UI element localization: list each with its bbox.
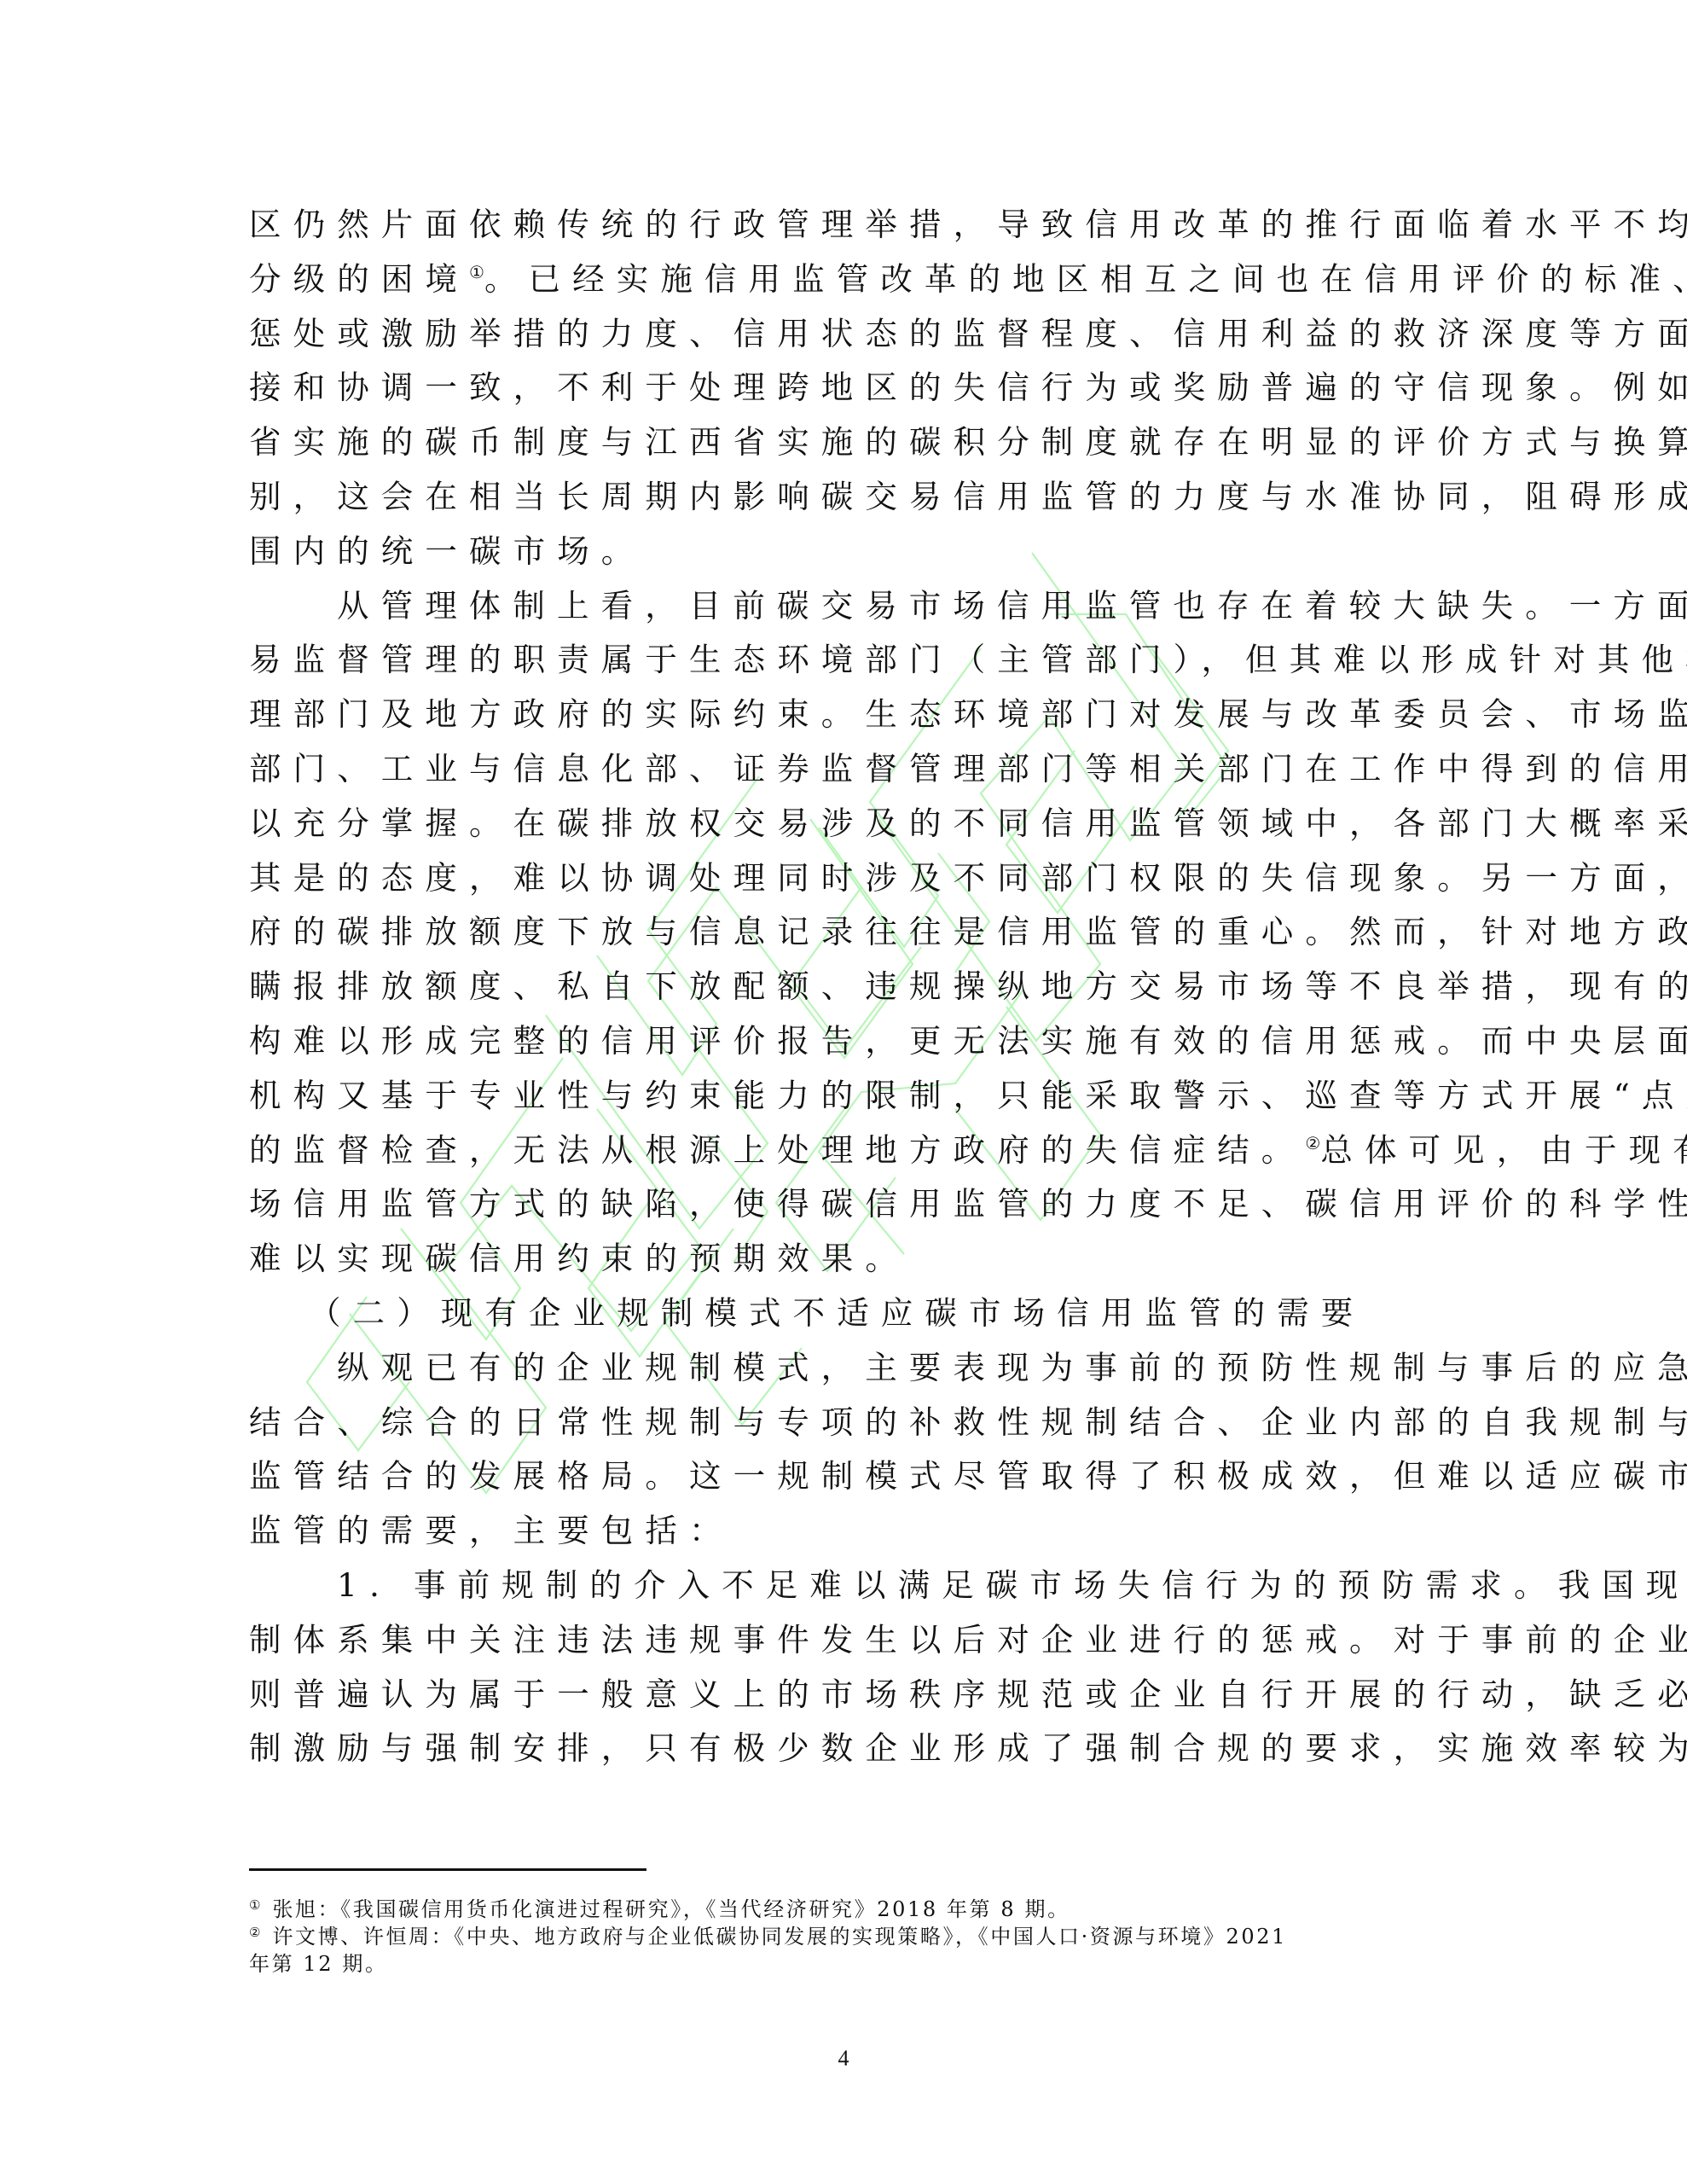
text-line: 构难以形成完整的信用评价报告，更无法实施有效的信用惩戒。而中央层面的管理: [249, 1014, 1438, 1069]
text-line: 场信用监管方式的缺陷，使得碳信用监管的力度不足、碳信用评价的科学性不高，: [249, 1177, 1438, 1232]
paragraph-regulation-models: 纵观已有的企业规制模式，主要表现为事前的预防性规制与事后的应急性规制 结合、综合…: [249, 1341, 1438, 1559]
text-line: 易监督管理的职责属于生态环境部门（主管部门），但其难以形成针对其他相关管: [249, 633, 1438, 688]
text-line: 结合、综合的日常性规制与专项的补救性规制结合、企业内部的自我规制与第三方: [249, 1396, 1438, 1450]
text-line: 则普遍认为属于一般意义上的市场秩序规范或企业自行开展的行动，缺乏必要的规: [249, 1668, 1438, 1722]
page-number: 4: [0, 2046, 1687, 2071]
text-line: 瞒报排放额度、私自下放配额、违规操纵地方交易市场等不良举措，现有的专业机: [249, 960, 1438, 1014]
text-line: 其是的态度，难以协调处理同时涉及不同部门权限的失信现象。另一方面，地方政: [249, 851, 1438, 906]
text-line: 以充分掌握。在碳排放权交易涉及的不同信用监管领域中，各部门大概率采取各行: [249, 797, 1438, 851]
text-line: 难以实现碳信用约束的预期效果。: [249, 1232, 1438, 1287]
section-heading: （二）现有企业规制模式不适应碳市场信用监管的需要: [249, 1287, 1438, 1341]
text-line: 接和协调一致，不利于处理跨地区的失信行为或奖励普遍的守信现象。例如，广东: [249, 361, 1438, 415]
text-line: 惩处或激励举措的力度、信用状态的监督程度、信用利益的救济深度等方面缺乏对: [249, 307, 1438, 362]
text-line: 监管的需要，主要包括：: [249, 1504, 1438, 1559]
text-segment: 的监督检查，无法从根源上处理地方政府的失信症结。: [249, 1131, 1305, 1169]
text-line: 别，这会在相当长周期内影响碳交易信用监管的力度与水准协同，阻碍形成全国范: [249, 470, 1438, 525]
text-line: 监管结合的发展格局。这一规制模式尽管取得了积极成效，但难以适应碳市场信用: [249, 1449, 1438, 1504]
text-line: 从管理体制上看，目前碳交易市场信用监管也存在着较大缺失。一方面，碳交: [249, 579, 1438, 634]
numbered-item-1: 1. 事前规制的介入不足难以满足碳市场失信行为的预防需求。我国现有的规 制体系集…: [249, 1559, 1438, 1776]
text-segment: 。已经实施信用监管改革的地区相互之间也在信用评价的标准、对应: [484, 260, 1687, 298]
footnote-ref-2[interactable]: ②: [1305, 1133, 1320, 1153]
text-line: 1. 事前规制的介入不足难以满足碳市场失信行为的预防需求。我国现有的规: [249, 1559, 1438, 1613]
footnote-text: 张旭：《我国碳信用货币化演进过程研究》，《当代经济研究》2018 年第 8 期。: [272, 1897, 1070, 1921]
text-line: 制激励与强制安排，只有极少数企业形成了强制合规的要求，实施效率较为低下。: [249, 1722, 1438, 1776]
text-segment: 分级的困境: [249, 260, 469, 298]
text-line: 区仍然片面依赖传统的行政管理举措，导致信用改革的推行面临着水平不均、监管: [249, 198, 1438, 253]
footnote-separator: [249, 1868, 646, 1871]
text-segment: 总体可见，由于现有碳市: [1320, 1131, 1687, 1169]
document-page: 区仍然片面依赖传统的行政管理举措，导致信用改革的推行面临着水平不均、监管 分级的…: [0, 0, 1687, 2184]
text-line-with-footnote: 的监督检查，无法从根源上处理地方政府的失信症结。②总体可见，由于现有碳市: [249, 1124, 1438, 1178]
footnote-mark-2: ②: [249, 1925, 260, 1940]
footnote-text: 许文博、许恒周：《中央、地方政府与企业低碳协同发展的实现策略》，《中国人口·资源…: [272, 1925, 1287, 1949]
section-heading-text: （二）现有企业规制模式不适应碳市场信用监管的需要: [249, 1287, 1438, 1341]
text-line: 府的碳排放额度下放与信息记录往往是信用监管的重心。然而，针对地方政府实施: [249, 905, 1438, 960]
text-line: 纵观已有的企业规制模式，主要表现为事前的预防性规制与事后的应急性规制: [249, 1341, 1438, 1396]
footnote-ref-1[interactable]: ①: [469, 262, 484, 282]
text-line: 部门、工业与信息化部、证券监督管理部门等相关部门在工作中得到的信用记录难: [249, 742, 1438, 797]
text-line-with-footnote: 分级的困境①。已经实施信用监管改革的地区相互之间也在信用评价的标准、对应: [249, 253, 1438, 307]
paragraph-management-system: 从管理体制上看，目前碳交易市场信用监管也存在着较大缺失。一方面，碳交 易监督管理…: [249, 579, 1438, 1287]
footnotes: ①张旭：《我国碳信用货币化演进过程研究》，《当代经济研究》2018 年第 8 期…: [249, 1896, 1443, 1978]
text-line: 机构又基于专业性与约束能力的限制，只能采取警示、巡查等方式开展“点对点”: [249, 1069, 1438, 1124]
footnote-2: ②许文博、许恒周：《中央、地方政府与企业低碳协同发展的实现策略》，《中国人口·资…: [249, 1923, 1443, 1950]
text-line: 围内的统一碳市场。: [249, 525, 1438, 579]
footnote-1: ①张旭：《我国碳信用货币化演进过程研究》，《当代经济研究》2018 年第 8 期…: [249, 1896, 1443, 1923]
footnote-2-continued: 年第 12 期。: [249, 1950, 1443, 1978]
text-line: 理部门及地方政府的实际约束。生态环境部门对发展与改革委员会、市场监督管理: [249, 688, 1438, 742]
document-body: 区仍然片面依赖传统的行政管理举措，导致信用改革的推行面临着水平不均、监管 分级的…: [249, 198, 1438, 1776]
text-line: 制体系集中关注违法违规事件发生以后对企业进行的惩戒。对于事前的企业规制，: [249, 1613, 1438, 1668]
text-line: 省实施的碳币制度与江西省实施的碳积分制度就存在明显的评价方式与换算量差: [249, 415, 1438, 470]
paragraph-continued: 区仍然片面依赖传统的行政管理举措，导致信用改革的推行面临着水平不均、监管 分级的…: [249, 198, 1438, 579]
footnote-mark-1: ①: [249, 1897, 260, 1913]
